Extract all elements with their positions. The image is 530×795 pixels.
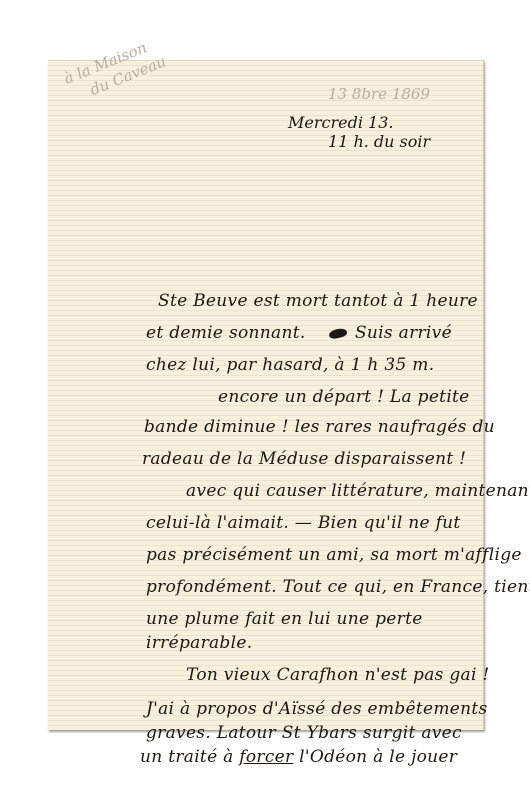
letter-line-7: avec qui causer littérature, maintenant bbox=[186, 481, 530, 501]
letter-line-5: bande diminue ! les rares naufragés du bbox=[144, 417, 495, 437]
letter-line-15: graves. Latour St Ybars surgit avec bbox=[146, 723, 462, 743]
letter-line-11: une plume fait en lui une perte bbox=[146, 609, 423, 629]
letter-line-16: un traité à forcer l'Odéon à le jouer bbox=[140, 747, 457, 767]
letter-line-16b: l'Odéon à le jouer bbox=[293, 747, 457, 767]
letter-date-day: Mercredi 13. bbox=[288, 113, 430, 132]
letter-line-10: profondément. Tout ce qui, en France, ti… bbox=[146, 577, 530, 597]
letter-line-3: chez lui, par hasard, à 1 h 35 m. bbox=[146, 355, 434, 375]
letter-line-6: radeau de la Méduse disparaissent ! bbox=[142, 449, 466, 469]
pencil-date-note: 13 8bre 1869 bbox=[328, 85, 430, 103]
letter-line-4: encore un départ ! La petite bbox=[218, 387, 470, 407]
letter-line-2a: et demie sonnant. bbox=[146, 323, 306, 343]
letter-line-16a: un traité à bbox=[140, 747, 239, 767]
letter-line-13: Ton vieux Carafhon n'est pas gai ! bbox=[186, 665, 490, 685]
underlined-word: forcer bbox=[239, 747, 293, 767]
pencil-annotation-top-left: à la Maison du Caveau bbox=[52, 34, 169, 111]
letter-line-14: J'ai à propos d'Aïssé des embêtements bbox=[146, 699, 488, 719]
letter-line-1: Ste Beuve est mort tantot à 1 heure bbox=[158, 291, 478, 311]
ink-blot bbox=[328, 327, 348, 340]
letter-line-2: et demie sonnant. Suis arrivé bbox=[146, 323, 452, 343]
letter-line-9: pas précisément un ami, sa mort m'afflig… bbox=[146, 545, 522, 565]
letter-date-header: Mercredi 13. 11 h. du soir bbox=[288, 113, 430, 151]
letter-date-time: 11 h. du soir bbox=[328, 132, 430, 151]
letter-paper: à la Maison du Caveau 13 8bre 1869 Mercr… bbox=[48, 60, 484, 730]
letter-line-8: celui-là l'aimait. — Bien qu'il ne fut bbox=[146, 513, 461, 533]
letter-line-2b: Suis arrivé bbox=[355, 323, 452, 343]
letter-line-12: irréparable. bbox=[146, 633, 252, 653]
